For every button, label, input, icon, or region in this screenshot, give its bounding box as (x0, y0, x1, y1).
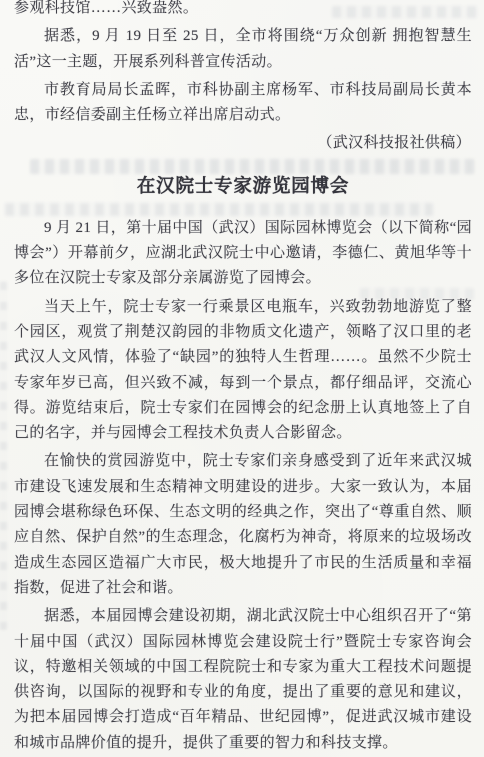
article-paragraph-2: 当天上午，院士专家一行乘景区电瓶车，兴致勃勃地游览了整个园区，观赏了荆楚汉韵园的… (14, 295, 472, 447)
article-title: 在汉院士专家游览园博会 (14, 174, 472, 201)
article-paragraph-4: 据悉，本届园博会建设初期，湖北武汉院士中心组织召开了“第十届中国（武汉）国际园林… (14, 604, 472, 756)
article-paragraph-3: 在愉快的赏园游览中，院士专家们亲身感受到了近年来武汉城市建设飞速发展和生态精神文… (14, 449, 472, 601)
byline-credit: （武汉科技报社供稿） (14, 131, 472, 156)
previous-article-paragraph-1: 据悉，9 月 19 日至 25 日，全市将围绕“万众创新 拥抱智慧生活”这一主题… (14, 24, 472, 75)
article-paragraph-1: 9 月 21 日，第十届中国（武汉）国际园林博览会（以下简称“园博会”）开幕前夕… (14, 216, 472, 292)
document-page: 参观科技馆……兴致盎然。 据悉，9 月 19 日至 25 日，全市将围绕“万众创… (0, 0, 484, 757)
document-text-block: 参观科技馆……兴致盎然。 据悉，9 月 19 日至 25 日，全市将围绕“万众创… (14, 0, 472, 757)
previous-article-tail-line: 参观科技馆……兴致盎然。 (14, 0, 472, 21)
page-bleed-through-left-edge (0, 280, 7, 630)
previous-article-paragraph-2: 市教育局局长孟晖，市科协副主席杨军、市科技局副局长黄本忠，市经信委副主任杨立祥出… (14, 78, 472, 129)
